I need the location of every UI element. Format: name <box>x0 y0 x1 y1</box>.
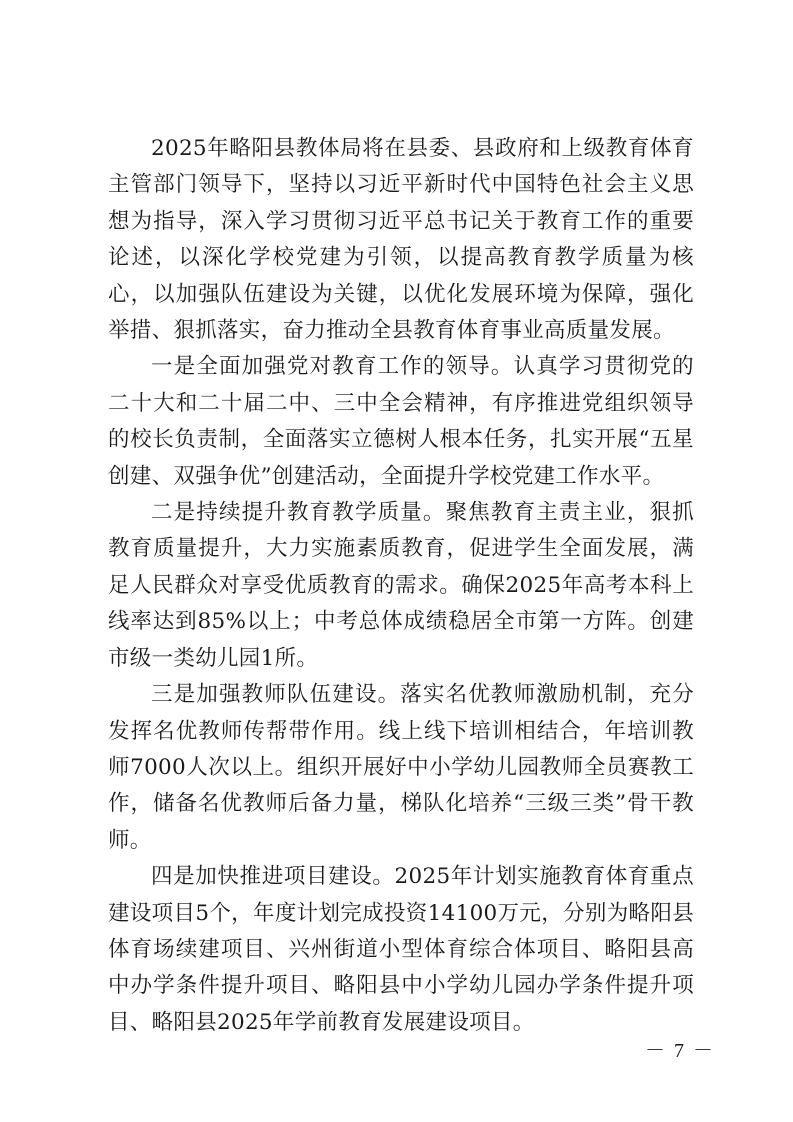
document-body: 2025年略阳县教体局将在县委、县政府和上级教育体育主管部门领导下，坚持以习近平… <box>108 131 694 1041</box>
paragraph-teacher-team: 三是加强教师队伍建设。落实名优教师激励机制，充分发挥名优教师传帮带作用。线上线下… <box>108 677 694 859</box>
document-page: 2025年略阳县教体局将在县委、县政府和上级教育体育主管部门领导下，坚持以习近平… <box>0 0 793 1122</box>
paragraph-text: 2025年计划实施教育体育重点建设项目5个，年度计划完成投资14100万元，分别… <box>108 864 694 1035</box>
paragraph-text: 落实名优教师激励机制，充分发挥名优教师传帮带作用。线上线下培训相结合，年培训教师… <box>108 682 694 853</box>
paragraph-lead: 二是持续提升教育教学质量。 <box>151 500 446 525</box>
paragraph-lead: 一是全面加强党对教育工作的领导。 <box>151 354 514 379</box>
paragraph-intro: 2025年略阳县教体局将在县委、县政府和上级教育体育主管部门领导下，坚持以习近平… <box>108 131 694 349</box>
paragraph-text: 聚焦教育主责主业，狠抓教育质量提升，大力实施素质教育，促进学生全面发展，满足人民… <box>108 500 694 671</box>
paragraph-teaching-quality: 二是持续提升教育教学质量。聚焦教育主责主业，狠抓教育质量提升，大力实施素质教育，… <box>108 495 694 677</box>
page-number: － 7 － <box>640 1034 720 1063</box>
paragraph-project-construction: 四是加快推进项目建设。2025年计划实施教育体育重点建设项目5个，年度计划完成投… <box>108 859 694 1041</box>
paragraph-text: 2025年略阳县教体局将在县委、县政府和上级教育体育主管部门领导下，坚持以习近平… <box>108 136 694 343</box>
paragraph-lead: 四是加快推进项目建设。 <box>151 864 395 889</box>
paragraph-lead: 三是加强教师队伍建设。 <box>151 682 400 707</box>
paragraph-party-leadership: 一是全面加强党对教育工作的领导。认真学习贯彻党的二十大和二十届二中、三中全会精神… <box>108 349 694 495</box>
